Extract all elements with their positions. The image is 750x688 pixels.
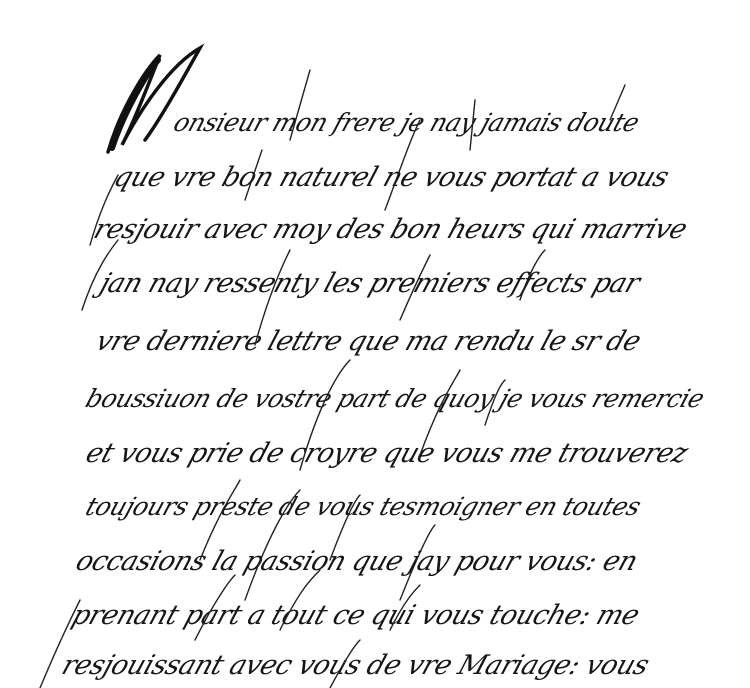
letter-line-8: toujours preste de vous tesmoigner en to… — [82, 492, 644, 521]
letter-line-10: prenant part a tout ce qui vous touche: … — [68, 600, 643, 631]
letter-line-6: boussiuon de vostre part de quoy je vous… — [82, 384, 708, 413]
letter-line-1: onsieur mon frere je nay jamais doute — [170, 108, 643, 137]
letter-line-7: et vous prie de croyre que vous me trouv… — [82, 438, 692, 469]
letter-line-5: vre derniere lettre que ma rendu le sr d… — [92, 326, 645, 357]
letter-line-11: resjouissant avec vous de vre Mariage: v… — [58, 650, 653, 681]
letter-page: onsieur mon frere je nay jamais doute qu… — [0, 0, 750, 688]
decorative-initial-m — [100, 40, 210, 160]
letter-line-3: resjouir avec moy des bon heurs qui marr… — [90, 214, 691, 245]
letter-line-2: que vre bon naturel ne vous portat a vou… — [110, 162, 672, 193]
letter-line-4: jan nay ressenty les premiers effects pa… — [96, 268, 643, 299]
letter-line-9: occasions la passion que jay pour vous: … — [72, 546, 641, 577]
